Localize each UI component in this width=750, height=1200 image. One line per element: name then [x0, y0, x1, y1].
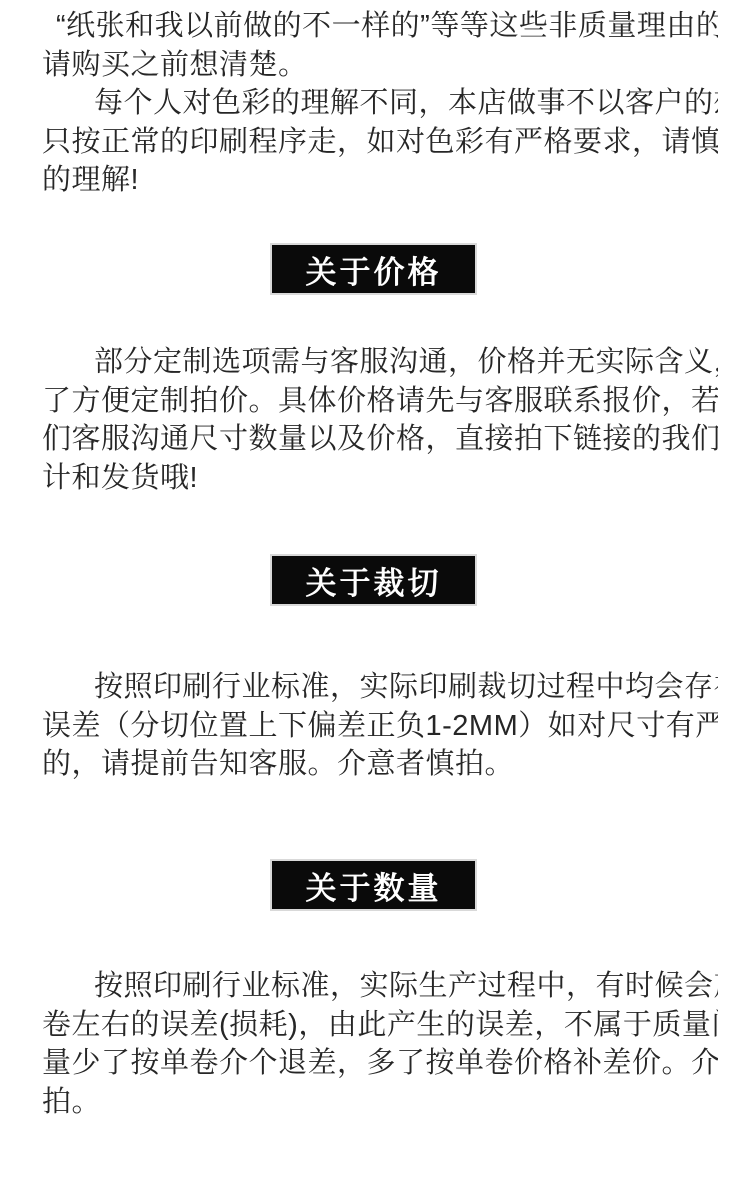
paragraph-line: 误差（分切位置上下偏差正负1-2MM）如对尺寸有严格要求 — [42, 707, 718, 746]
paragraph-line: 拍。 — [42, 1083, 718, 1122]
section-header-price: 关于价格 — [272, 245, 475, 293]
paragraph-line: 每个人对色彩的理解不同，本店做事不以客户的想象为准， — [42, 84, 718, 123]
paragraph-line: 请购买之前想清楚。 — [42, 46, 718, 85]
paragraph-line: 部分定制选项需与客服沟通，价格并无实际含义，只是为 — [42, 343, 718, 382]
section-header-quantity: 关于数量 — [272, 861, 475, 909]
section-header-cutting: 关于裁切 — [272, 556, 475, 604]
paragraph-line: 的，请提前告知客服。介意者慎拍。 — [42, 745, 718, 784]
section-header-label: 关于裁切 — [306, 558, 442, 603]
paragraph-line: 计和发货哦! — [42, 459, 718, 498]
price-paragraph: 部分定制选项需与客服沟通，价格并无实际含义，只是为 了方便定制拍价。具体价格请先… — [42, 343, 718, 497]
quantity-paragraph: 按照印刷行业标准，实际生产过程中，有时候会产生±1-5 卷左右的误差(损耗)，由… — [42, 967, 718, 1121]
section-header-label: 关于价格 — [306, 247, 442, 292]
product-notice-page: { "theme": { "page_bg": "#ffffff", "text… — [0, 0, 750, 1200]
paragraph-line: 卷左右的误差(损耗)，由此产生的误差，不属于质量问题，数 — [42, 1006, 718, 1045]
paragraph-line: 们客服沟通尺寸数量以及价格，直接拍下链接的我们将不予设 — [42, 420, 718, 459]
paragraph-line: 按照印刷行业标准，实际生产过程中，有时候会产生±1-5 — [42, 967, 718, 1006]
intro-paragraph: “纸张和我以前做的不一样的”等等这些非质量理由的朋友们， 请购买之前想清楚。 每… — [42, 7, 718, 200]
cutting-paragraph: 按照印刷行业标准，实际印刷裁切过程中均会存在一定的 误差（分切位置上下偏差正负1… — [42, 668, 718, 784]
section-header-label: 关于数量 — [306, 863, 442, 908]
paragraph-line: “纸张和我以前做的不一样的”等等这些非质量理由的朋友们， — [42, 7, 718, 46]
paragraph-line: 按照印刷行业标准，实际印刷裁切过程中均会存在一定的 — [42, 668, 718, 707]
paragraph-line: 量少了按单卷介个退差，多了按单卷价格补差价。介意的亲慎 — [42, 1044, 718, 1083]
paragraph-line: 只按正常的印刷程序走，如对色彩有严格要求，请慎拍!感谢您 — [42, 123, 718, 162]
paragraph-line: 了方便定制拍价。具体价格请先与客服联系报价，若没有和我 — [42, 382, 718, 421]
paragraph-line: 的理解! — [42, 161, 718, 200]
